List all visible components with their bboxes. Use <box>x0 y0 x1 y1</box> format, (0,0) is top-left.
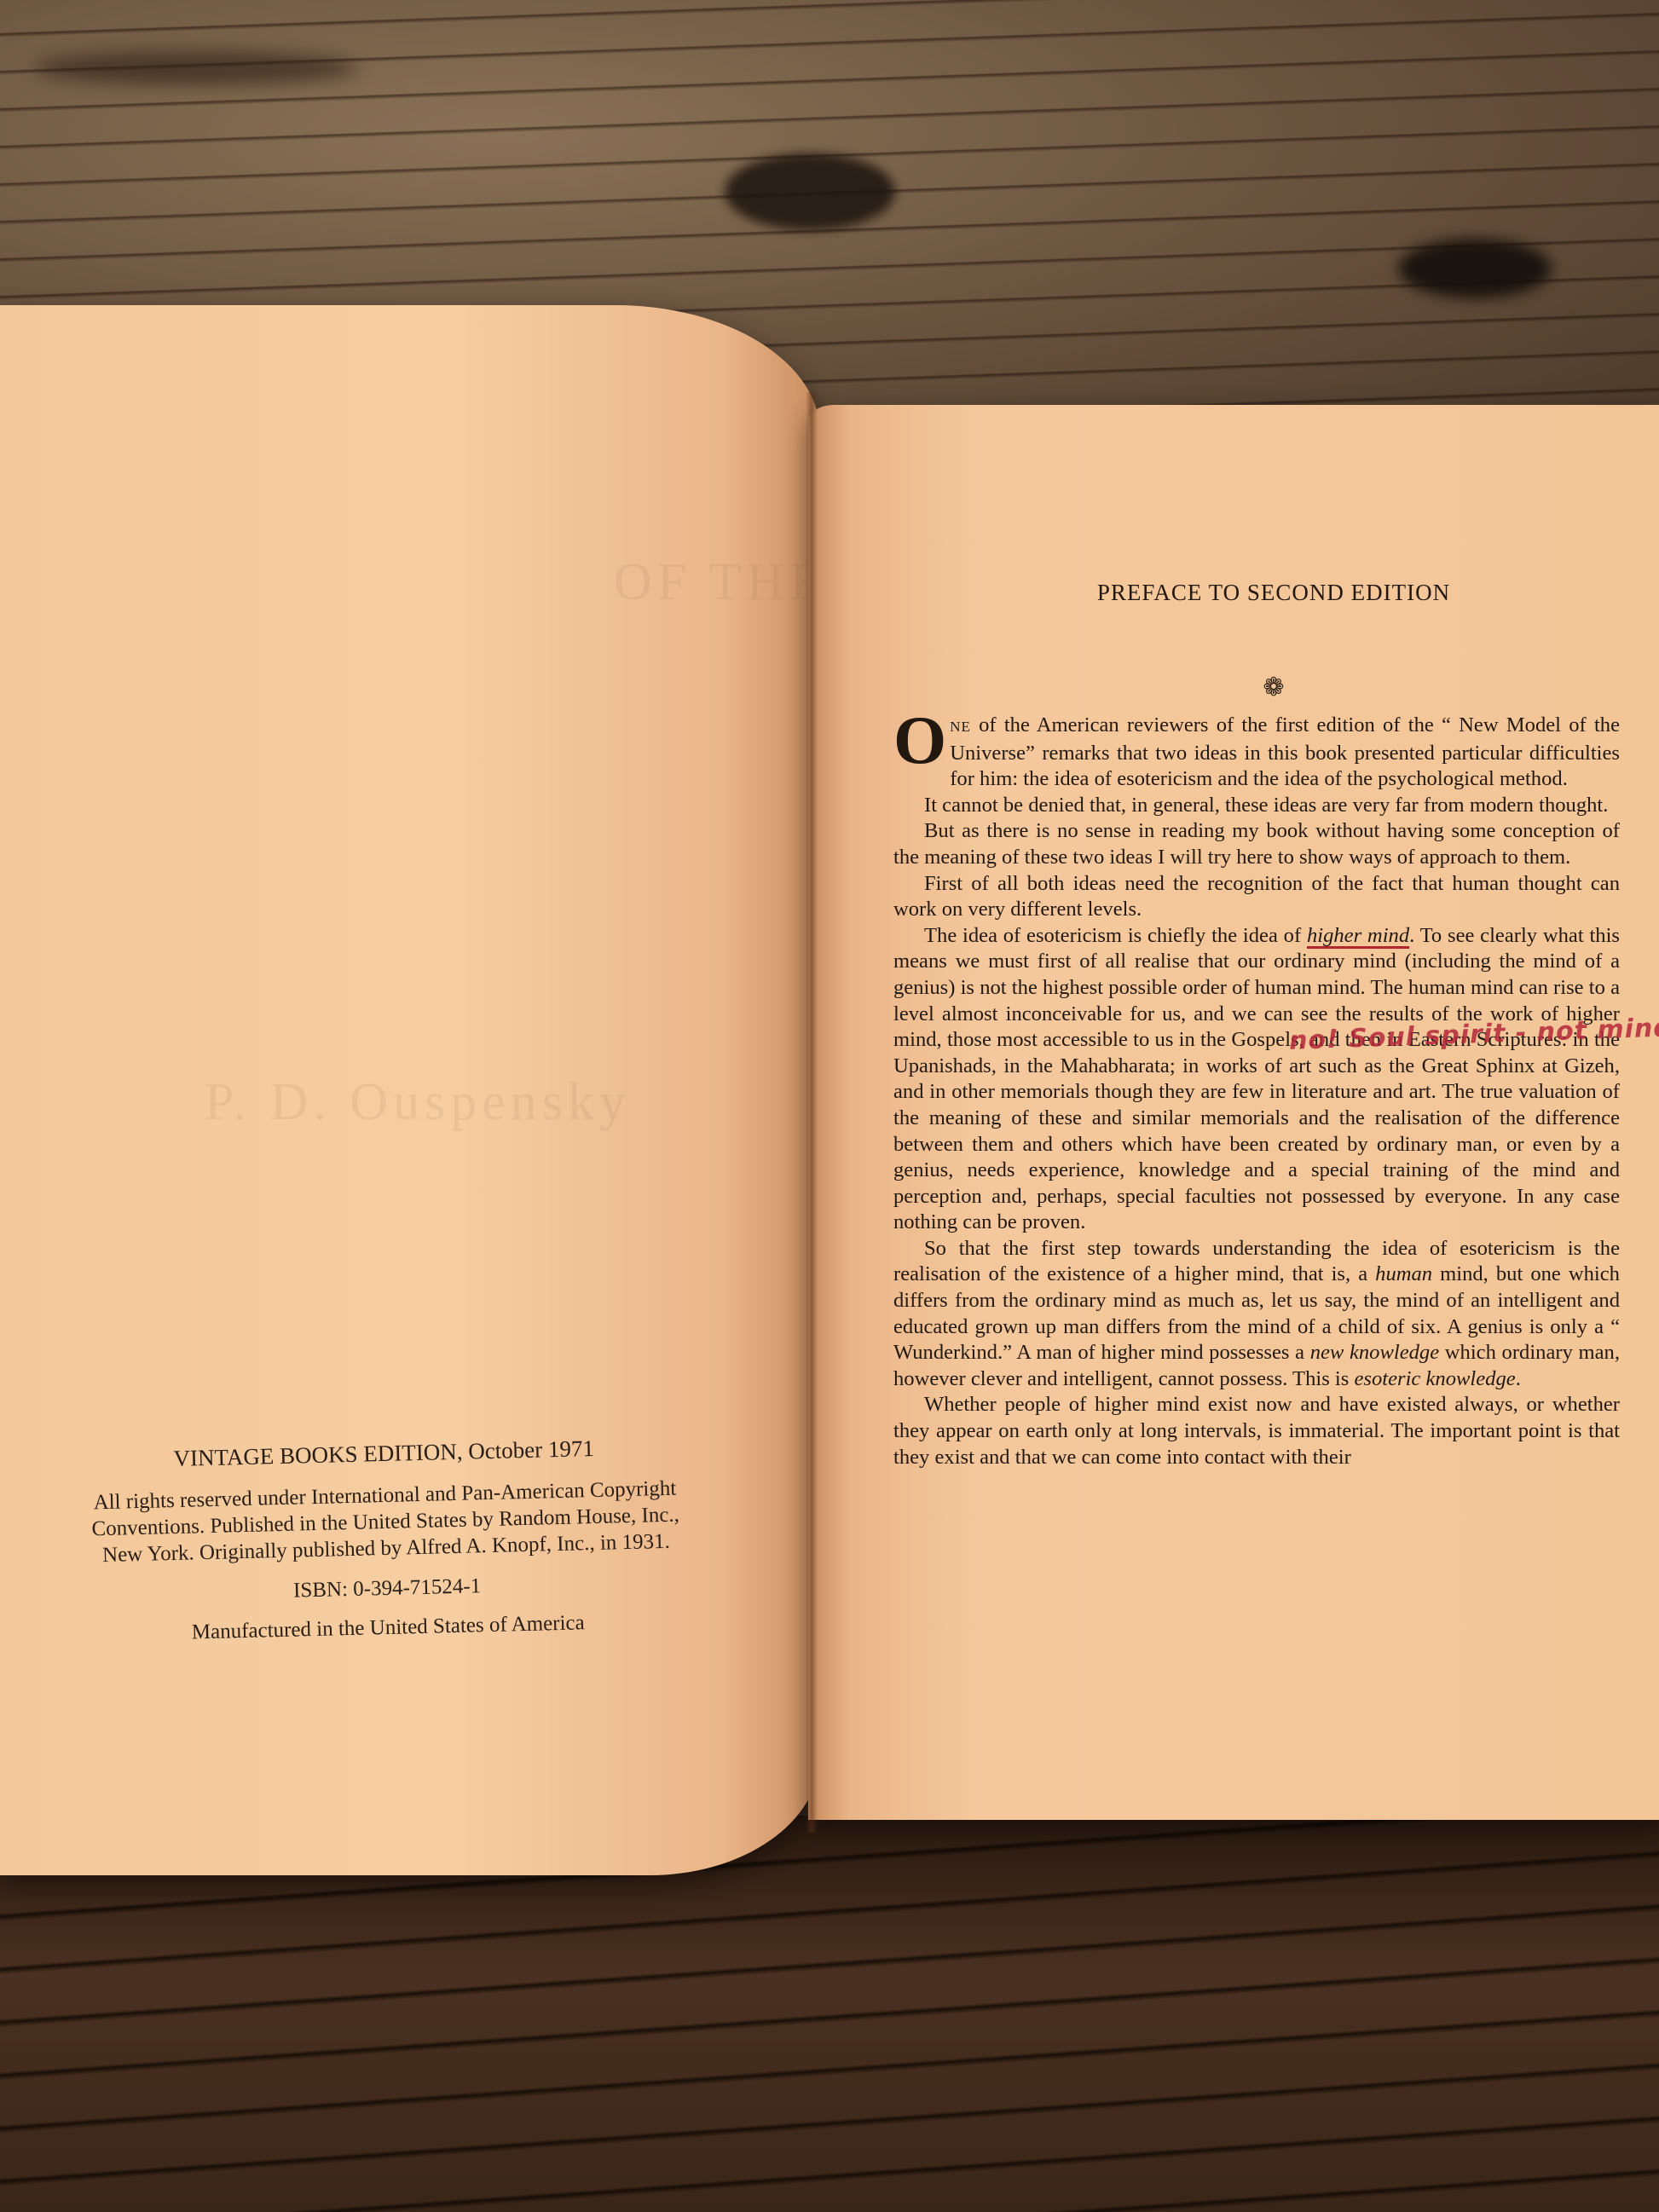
drop-cap: O <box>893 714 946 767</box>
paragraph-text: The idea of esotericism is chiefly the i… <box>924 924 1307 947</box>
wood-grain-mark <box>34 51 358 85</box>
preface-body: ONE of the American reviewers of the fir… <box>893 713 1620 1470</box>
smallcaps-lead: NE <box>950 719 971 735</box>
paragraph: It cannot be denied that, in general, th… <box>893 793 1620 819</box>
italic-text: esoteric knowledge <box>1355 1367 1516 1390</box>
paragraph-text: . <box>1516 1367 1521 1390</box>
paragraph: Whether people of higher mind exist now … <box>893 1392 1620 1470</box>
flower-ornament-icon: ❁ <box>928 673 1620 702</box>
bleed-through-text: P. D. Ouspensky <box>205 1072 631 1133</box>
rights-statement: All rights reserved under International … <box>35 1474 736 1570</box>
paragraph: So that the first step towards understan… <box>893 1236 1620 1393</box>
page-title: PREFACE TO SECOND EDITION <box>928 580 1620 606</box>
paragraph: But as there is no sense in reading my b… <box>893 818 1620 870</box>
paragraph: The idea of esotericism is chiefly the i… <box>893 923 1620 1236</box>
wood-knot <box>725 153 895 230</box>
italic-text: human <box>1375 1262 1432 1285</box>
wood-knot <box>1398 239 1552 298</box>
italic-text: new knowledge <box>1310 1341 1439 1364</box>
book-gutter <box>806 392 818 1833</box>
paragraph: ONE of the American reviewers of the fir… <box>893 713 1620 793</box>
paragraph-text: . To see clearly what this means we must… <box>893 924 1620 1234</box>
copyright-block: VINTAGE BOOKS EDITION, October 1971 All … <box>34 1432 737 1649</box>
paragraph: First of all both ideas need the recogni… <box>893 871 1620 923</box>
isbn: ISBN: 0-394-71524-1 <box>38 1568 737 1609</box>
underlined-phrase: higher mind <box>1307 924 1409 947</box>
paragraph-text: of the American reviewers of the first e… <box>950 713 1620 790</box>
